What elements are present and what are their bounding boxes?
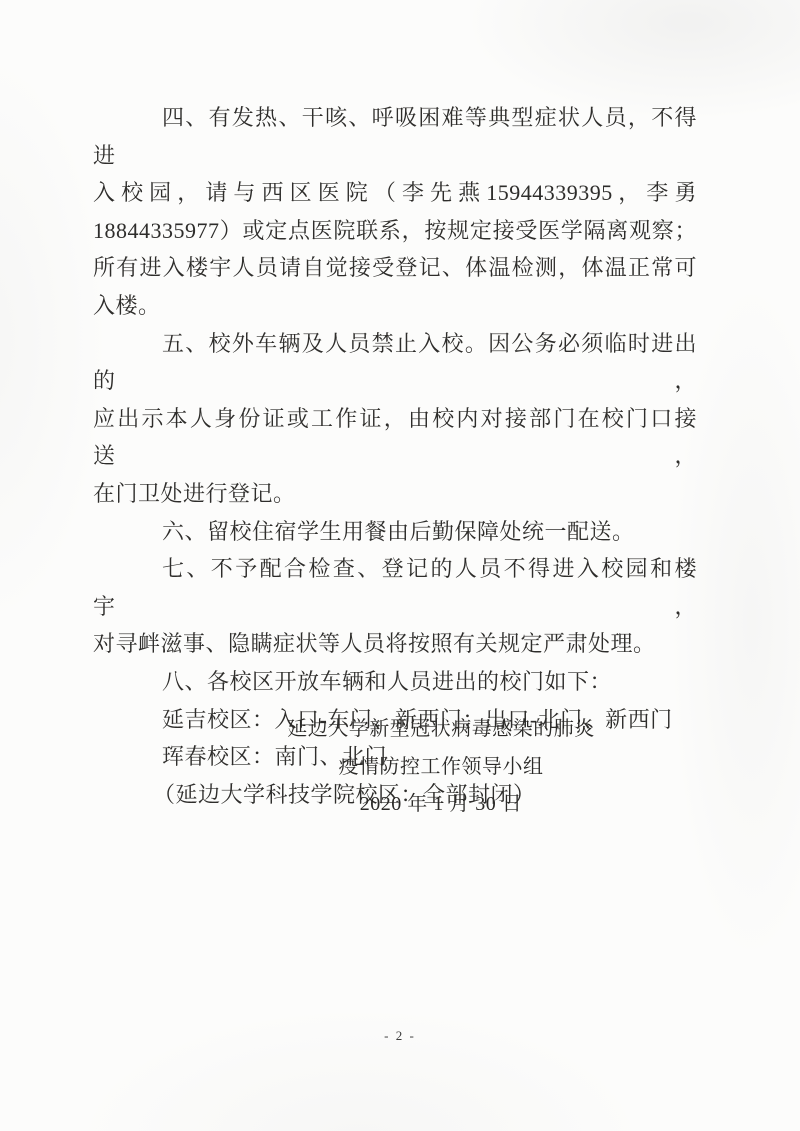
- body-line-4: 所有进入楼宇人员请自觉接受登记、体温检测，体温正常可: [93, 249, 697, 287]
- body-line-8: 在门卫处进行登记。: [93, 475, 697, 513]
- signature-org-line-2: 疫情防控工作领导小组: [82, 749, 800, 787]
- body-line-10: 七、不予配合检查、登记的人员不得进入校园和楼宇，: [93, 550, 697, 625]
- body-line-1: 四、有发热、干咳、呼吸困难等典型症状人员，不得进: [93, 99, 697, 174]
- body-line-3: 18844335977）或定点医院联系，按规定接受医学隔离观察；: [93, 212, 697, 250]
- signature-date: 2020 年 1 月 30 日: [82, 786, 800, 824]
- document-page: 四、有发热、干咳、呼吸困难等典型症状人员，不得进 入校园，请与西区医院（李先燕1…: [0, 0, 800, 1131]
- body-line-11: 对寻衅滋事、隐瞒症状等人员将按照有关规定严肃处理。: [93, 625, 697, 663]
- document-body: 四、有发热、干咳、呼吸困难等典型症状人员，不得进 入校园，请与西区医院（李先燕1…: [93, 99, 697, 813]
- body-line-12: 八、各校区开放车辆和人员进出的校门如下：: [93, 663, 697, 701]
- body-line-6: 五、校外车辆及人员禁止入校。因公务必须临时进出的，: [93, 325, 697, 400]
- signature-org-line-1: 延边大学新型冠状病毒感染的肺炎: [82, 711, 800, 749]
- body-line-7: 应出示本人身份证或工作证，由校内对接部门在校门口接送，: [93, 400, 697, 475]
- body-line-5: 入楼。: [93, 287, 697, 325]
- signature-block: 延边大学新型冠状病毒感染的肺炎 疫情防控工作领导小组 2020 年 1 月 30…: [82, 711, 800, 824]
- body-line-9: 六、留校住宿学生用餐由后勤保障处统一配送。: [93, 513, 697, 551]
- page-number: - 2 -: [0, 1027, 800, 1045]
- body-line-2: 入校园，请与西区医院（李先燕15944339395，李勇: [93, 174, 697, 212]
